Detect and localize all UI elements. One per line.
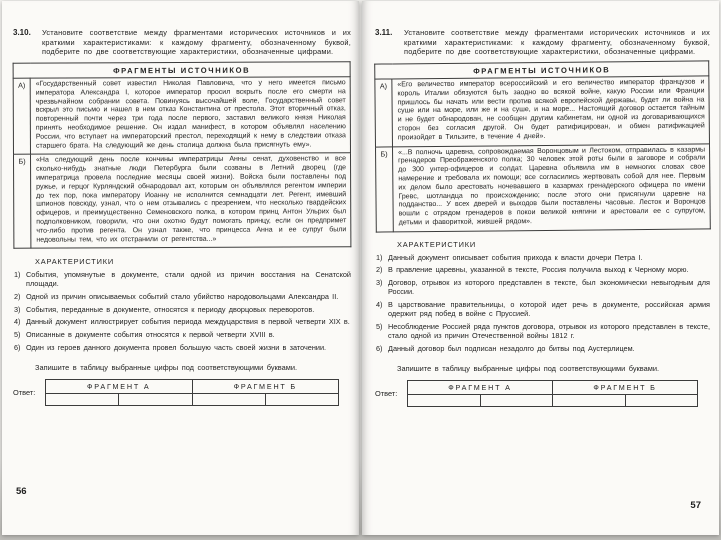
- answer-col-header-b: ФРАГМЕНТ Б: [553, 380, 698, 394]
- task-instruction: Установите соответствие между фрагментам…: [42, 28, 351, 57]
- characteristic-item: 6) Один из героев данного документа пров…: [13, 343, 351, 352]
- characteristic-text: События, упомянутые в документе, стали о…: [26, 270, 351, 288]
- fragments-table-header: ФРАГМЕНТЫ ИСТОЧНИКОВ: [13, 62, 350, 78]
- characteristic-number: 5): [14, 330, 21, 339]
- task-header: 3.10. Установите соответствие между фраг…: [13, 28, 351, 57]
- answer-cell: [625, 394, 698, 406]
- characteristics-title: ХАРАКТЕРИСТИКИ: [35, 257, 351, 266]
- characteristic-number: 4): [14, 317, 21, 326]
- answer-cell: [408, 394, 481, 406]
- answer-cells-row: [408, 394, 698, 406]
- fragments-table: ФРАГМЕНТЫ ИСТОЧНИКОВ А) «Государственный…: [13, 61, 352, 249]
- characteristic-item: 2) В правление царевны, указанной в текс…: [375, 265, 710, 274]
- characteristics-list: 1) События, упомянутые в документе, стал…: [13, 270, 351, 352]
- fragment-text: «...В полночь царевна, сопровождаемая Во…: [392, 143, 710, 231]
- characteristic-number: 3): [14, 305, 21, 314]
- page-left-content: 3.10. Установите соответствие между фраг…: [2, 1, 359, 406]
- fragment-label: Б): [375, 146, 393, 231]
- page-left: 3.10. Установите соответствие между фраг…: [2, 1, 359, 535]
- answer-cell: [46, 394, 119, 406]
- page-right-content: 3.11. Установите соответствие между фраг…: [362, 1, 719, 407]
- fragment-label: Б): [13, 154, 30, 248]
- task-number: 3.11.: [375, 28, 404, 57]
- characteristic-item: 3) Договор, отрывок из которого представ…: [375, 278, 710, 296]
- answer-cells-row: [46, 394, 339, 406]
- characteristic-text: В правление царевны, указанной в тексте,…: [388, 265, 689, 274]
- characteristic-text: Данный договор был подписан незадолго до…: [388, 344, 635, 353]
- characteristic-number: 2): [14, 292, 21, 301]
- answer-table: ФРАГМЕНТ А ФРАГМЕНТ Б: [407, 380, 698, 407]
- fragment-row: Б) «...В полночь царевна, сопровождаемая…: [375, 143, 710, 231]
- answer-cell: [265, 394, 338, 406]
- answer-cell: [192, 394, 265, 406]
- page-number: 57: [690, 500, 701, 511]
- answer-col-header-a: ФРАГМЕНТ А: [408, 380, 553, 394]
- write-instruction: Запишите в таблицу выбранные цифры под с…: [397, 364, 710, 373]
- characteristic-number: 5): [376, 322, 383, 331]
- characteristic-number: 2): [376, 265, 383, 274]
- characteristic-number: 6): [376, 344, 383, 353]
- characteristic-item: 1) Данный документ описывает события при…: [375, 253, 710, 262]
- book-spread: 3.10. Установите соответствие между фраг…: [0, 0, 721, 540]
- characteristic-text: Данный документ описывает события приход…: [388, 253, 642, 262]
- write-instruction: Запишите в таблицу выбранные цифры под с…: [35, 363, 351, 372]
- characteristic-text: В царствование правительницы, о которой …: [388, 300, 710, 318]
- answer-cell: [553, 394, 626, 406]
- task-header: 3.11. Установите соответствие между фраг…: [375, 28, 710, 57]
- fragment-row: Б) «На следующий день после кончины импе…: [13, 153, 350, 248]
- answer-cell: [480, 394, 553, 406]
- fragment-label: А): [13, 78, 30, 154]
- answer-table-header: ФРАГМЕНТ А ФРАГМЕНТ Б: [46, 380, 339, 394]
- characteristic-item: 4) В царствование правительницы, о котор…: [375, 300, 710, 318]
- answer-cell: [119, 394, 192, 406]
- fragment-label: А): [375, 79, 393, 147]
- answer-table: ФРАГМЕНТ А ФРАГМЕНТ Б: [45, 379, 339, 406]
- characteristic-text: Договор, отрывок из которого представлен…: [388, 278, 710, 296]
- characteristic-number: 1): [14, 270, 21, 279]
- fragment-text: «На следующий день после кончины императ…: [30, 153, 350, 248]
- characteristic-number: 1): [376, 253, 383, 262]
- fragment-text: «Его величество император всероссийский …: [392, 76, 710, 147]
- characteristic-item: 2) Одной из причин описываемых событий с…: [13, 292, 351, 301]
- characteristic-number: 6): [14, 343, 21, 352]
- fragment-row: А) «Государственный совет известил Никол…: [13, 77, 350, 155]
- fragments-table-title: ФРАГМЕНТЫ ИСТОЧНИКОВ: [13, 62, 350, 78]
- characteristic-item: 5) Описанные в документе события относят…: [13, 330, 351, 339]
- answer-row: Ответ: ФРАГМЕНТ А ФРАГМЕНТ Б: [13, 379, 351, 406]
- characteristics-list: 1) Данный документ описывает события при…: [375, 253, 710, 353]
- characteristic-item: 6) Данный договор был подписан незадолго…: [375, 344, 710, 353]
- fragments-table: ФРАГМЕНТЫ ИСТОЧНИКОВ А) «Его величество …: [374, 60, 711, 232]
- answer-row: Ответ: ФРАГМЕНТ А ФРАГМЕНТ Б: [375, 380, 710, 407]
- characteristic-text: Несоблюдение Россией ряда пунктов догово…: [388, 322, 710, 340]
- answer-label: Ответ:: [375, 389, 407, 398]
- characteristic-text: Один из героев данного документа провел …: [26, 343, 326, 352]
- page-number: 56: [16, 486, 27, 497]
- task-number: 3.10.: [13, 28, 42, 57]
- answer-table-header: ФРАГМЕНТ А ФРАГМЕНТ Б: [408, 380, 698, 394]
- characteristic-number: 4): [376, 300, 383, 309]
- characteristics-title: ХАРАКТЕРИСТИКИ: [397, 240, 710, 249]
- answer-col-header-b: ФРАГМЕНТ Б: [192, 380, 339, 394]
- characteristic-item: 1) События, упомянутые в документе, стал…: [13, 270, 351, 288]
- page-right: 3.11. Установите соответствие между фраг…: [362, 1, 719, 535]
- characteristic-item: 5) Несоблюдение Россией ряда пунктов дог…: [375, 322, 710, 340]
- answer-table-wrap: ФРАГМЕНТ А ФРАГМЕНТ Б: [407, 380, 698, 407]
- answer-table-wrap: ФРАГМЕНТ А ФРАГМЕНТ Б: [45, 379, 339, 406]
- characteristic-text: Описанные в документе события относятся …: [26, 330, 275, 339]
- answer-label: Ответ:: [13, 388, 45, 397]
- fragment-row: А) «Его величество император всероссийск…: [375, 76, 710, 147]
- characteristic-item: 4) Данный документ иллюстрирует события …: [13, 317, 351, 326]
- task-instruction: Установите соответствие между фрагментам…: [404, 28, 710, 57]
- characteristic-text: Данный документ иллюстрирует события пер…: [26, 317, 350, 326]
- fragment-text: «Государственный совет известил Николая …: [30, 77, 350, 155]
- characteristic-item: 3) События, переданные в документе, отно…: [13, 305, 351, 314]
- characteristic-text: События, переданные в документе, относят…: [26, 305, 314, 314]
- answer-col-header-a: ФРАГМЕНТ А: [46, 380, 193, 394]
- characteristic-text: Одной из причин описываемых событий стал…: [26, 292, 338, 301]
- characteristic-number: 3): [376, 278, 383, 287]
